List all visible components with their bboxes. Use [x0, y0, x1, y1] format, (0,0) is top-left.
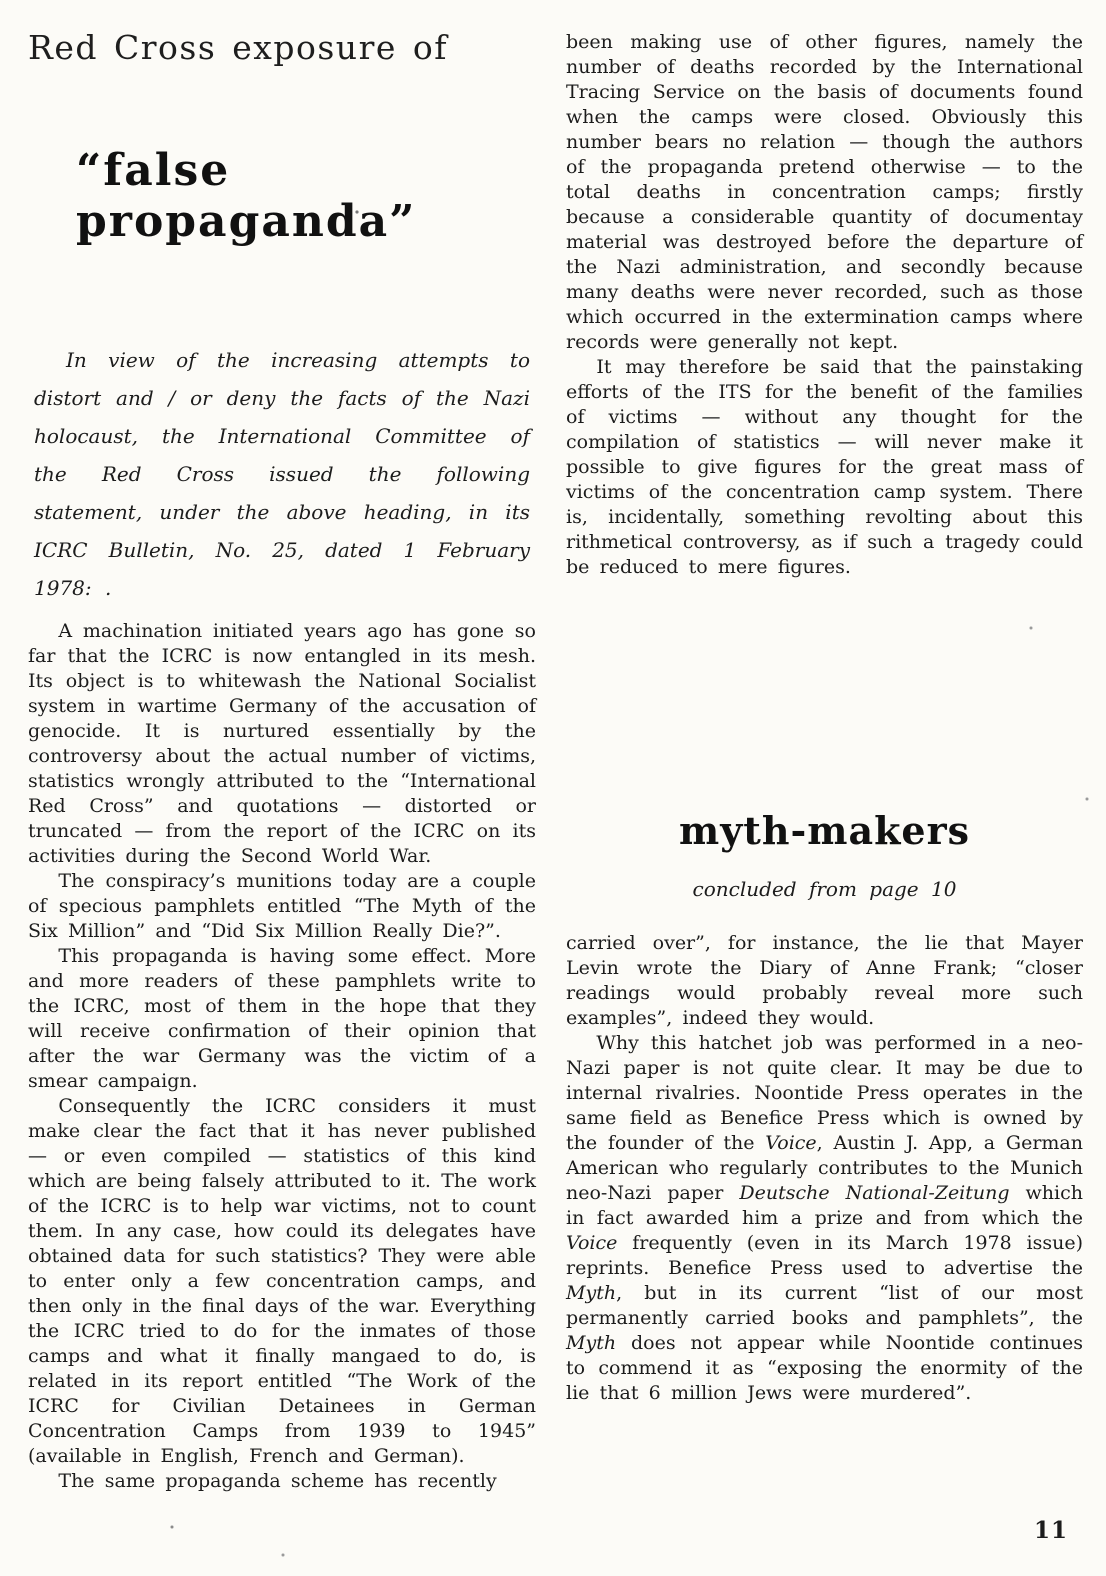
paragraph: carried over”, for instance, the lie tha…: [566, 931, 1083, 1031]
paragraph: Consequently the ICRC considers it must …: [28, 1094, 536, 1469]
article-kicker: Red Cross exposure of: [28, 28, 536, 67]
section-title: myth-makers: [566, 808, 1083, 853]
right-column: been making use of other figures, namely…: [566, 30, 1083, 1406]
paragraph: The conspiracy’s munitions today are a c…: [28, 869, 536, 944]
article-body-left: A machination initiated years ago has go…: [28, 619, 536, 1494]
section-body: carried over”, for instance, the lie tha…: [566, 931, 1083, 1406]
paragraph: been making use of other figures, namely…: [566, 30, 1083, 355]
left-column: Red Cross exposure of “false propaganda”…: [28, 28, 536, 1494]
page-number: 11: [1034, 1517, 1068, 1544]
paragraph: A machination initiated years ago has go…: [28, 619, 536, 869]
paragraph: Why this hatchet job was performed in a …: [566, 1031, 1083, 1406]
section-header: myth-makers concluded from page 10: [566, 808, 1083, 901]
article-intro: In view of the increasing attempts to di…: [34, 341, 530, 607]
continued-note: concluded from page 10: [566, 877, 1083, 901]
paragraph: The same propaganda scheme has recently: [28, 1469, 536, 1494]
paragraph: This propaganda is having some effect. M…: [28, 944, 536, 1094]
paragraph: It may therefore be said that the painst…: [566, 355, 1083, 580]
article-title: “false propaganda”: [76, 145, 536, 247]
article-body-right: been making use of other figures, namely…: [566, 30, 1083, 580]
scanned-document-page: Red Cross exposure of “false propaganda”…: [0, 0, 1106, 1576]
